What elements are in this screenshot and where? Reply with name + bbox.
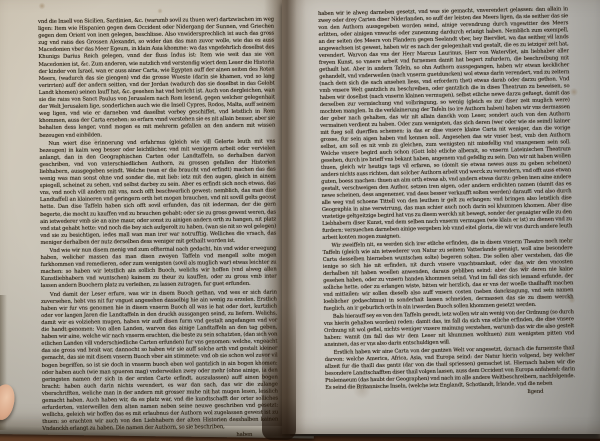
left-paragraph-4: Vnd damit der Leser erfure, was wir in d… <box>41 289 278 433</box>
book-photo: vnd die Insell von Sicilien, Sardinien, … <box>0 0 600 441</box>
left-page-text-block: vnd die Insell von Sicilien, Sardinien, … <box>38 17 278 441</box>
right-paragraph-4: Erstlich haben wir aine Carta von der ga… <box>325 345 576 392</box>
left-page-catchword: haben <box>42 432 278 441</box>
right-paragraph-1: haben wir ie alweg darneben gesetzt, vnd… <box>318 6 572 242</box>
gutter-shadow-bottom <box>262 300 296 440</box>
left-paragraph-2: Nun wiert dise erinnerung vnd erfahrnus … <box>39 138 276 247</box>
right-page-text-block: haben wir ie alweg darneben gesetzt, vnd… <box>318 6 575 400</box>
right-paragraph-3: Bals hierauff sey es von den Taffeln ger… <box>324 309 575 349</box>
right-paragraph-2: Wir zweiffeln nit, es werden sich irer e… <box>322 238 573 313</box>
left-paragraph-1: vnd die Insell von Sicilien, Sardinien, … <box>38 17 275 140</box>
left-paragraph-3: Vnd wie wir nun disem menig vnd zum offt… <box>40 246 276 291</box>
